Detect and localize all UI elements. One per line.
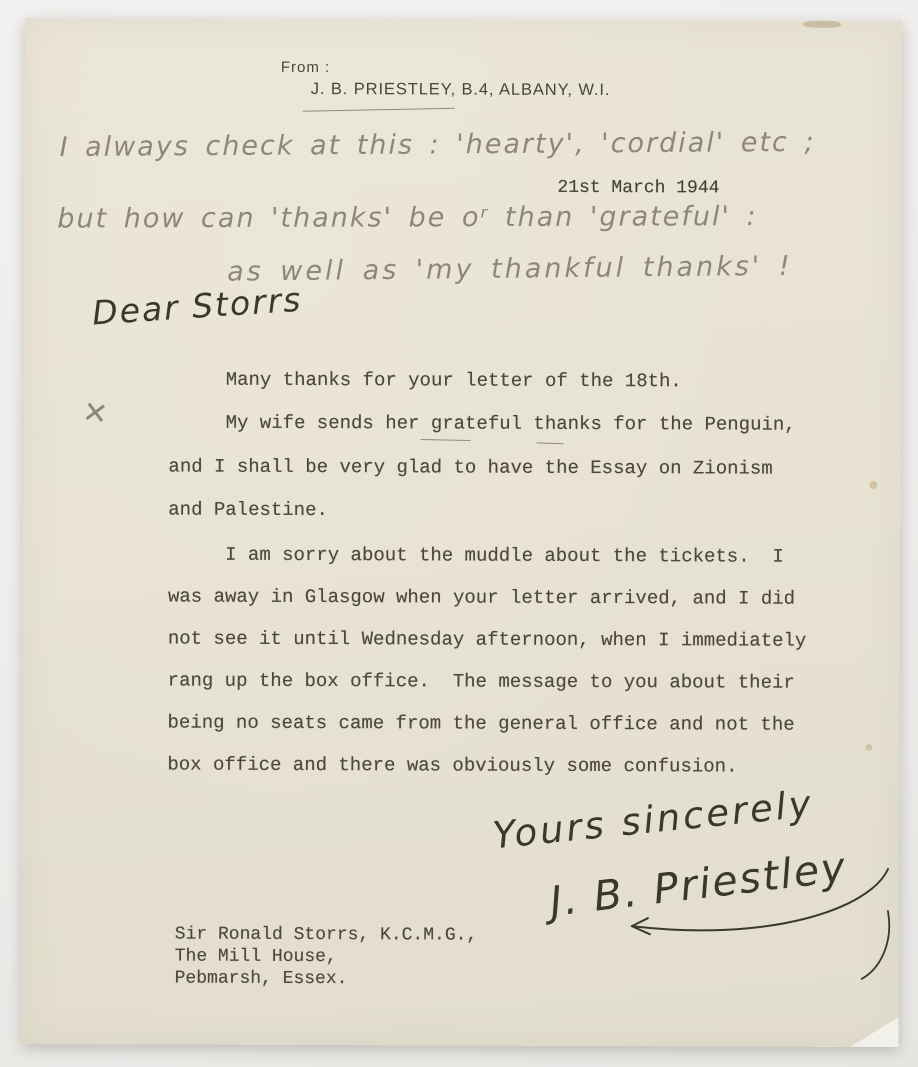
pencil-note-line2: but how can 'thanks' be oʳ than 'gratefu…: [57, 201, 757, 234]
body-line: I am sorry about the muddle about the ti…: [168, 544, 784, 568]
signature-closing: Yours sincerely: [491, 782, 816, 857]
body-line: was away in Glasgow when your letter arr…: [168, 586, 795, 610]
recipient-line: The Mill House,: [175, 946, 337, 969]
letterhead-from-label: From :: [281, 59, 330, 76]
signature-flourish: [570, 850, 900, 991]
pencil-note-line1: I always check at this : 'hearty', 'cord…: [59, 127, 815, 163]
recipient-line: Sir Ronald Storrs, K.C.M.G.,: [175, 924, 478, 947]
foxing-spot: [869, 481, 877, 489]
pencil-note-line3: as well as 'my thankful thanks' !: [227, 251, 793, 288]
body-line: My wife sends her grateful thanks for th…: [169, 412, 796, 436]
body-line: and I shall be very glad to have the Ess…: [168, 456, 772, 480]
recipient-line: Pebmarsh, Essex.: [175, 968, 348, 991]
stain-top-edge: [803, 21, 841, 28]
letterhead-pencil-underline: [303, 108, 455, 112]
letter-paper: From : J. B. PRIESTLEY, B.4, ALBANY, W.I…: [21, 18, 902, 1047]
body-line: being no seats came from the general off…: [168, 712, 795, 736]
body-line: box office and there was obviously some …: [167, 754, 737, 778]
body-line: not see it until Wednesday afternoon, wh…: [168, 628, 807, 652]
pencil-x-mark: ✕: [80, 394, 112, 433]
pencil-underline-grateful: [421, 439, 471, 441]
corner-fold: [850, 1017, 898, 1047]
letterhead-address: J. B. PRIESTLEY, B.4, ALBANY, W.I.: [311, 80, 611, 100]
pencil-underline-thanks: [537, 442, 564, 444]
date-line: 21st March 1944: [557, 178, 719, 199]
foxing-spot: [865, 744, 872, 751]
body-line: rang up the box office. The message to y…: [168, 670, 795, 694]
scan-background: { "document": { "kind": "scanned typed l…: [0, 0, 918, 1067]
body-line: and Palestine.: [168, 499, 328, 522]
body-line: Many thanks for your letter of the 18th.: [169, 369, 682, 393]
salutation-handwritten: Dear Storrs: [91, 280, 304, 333]
